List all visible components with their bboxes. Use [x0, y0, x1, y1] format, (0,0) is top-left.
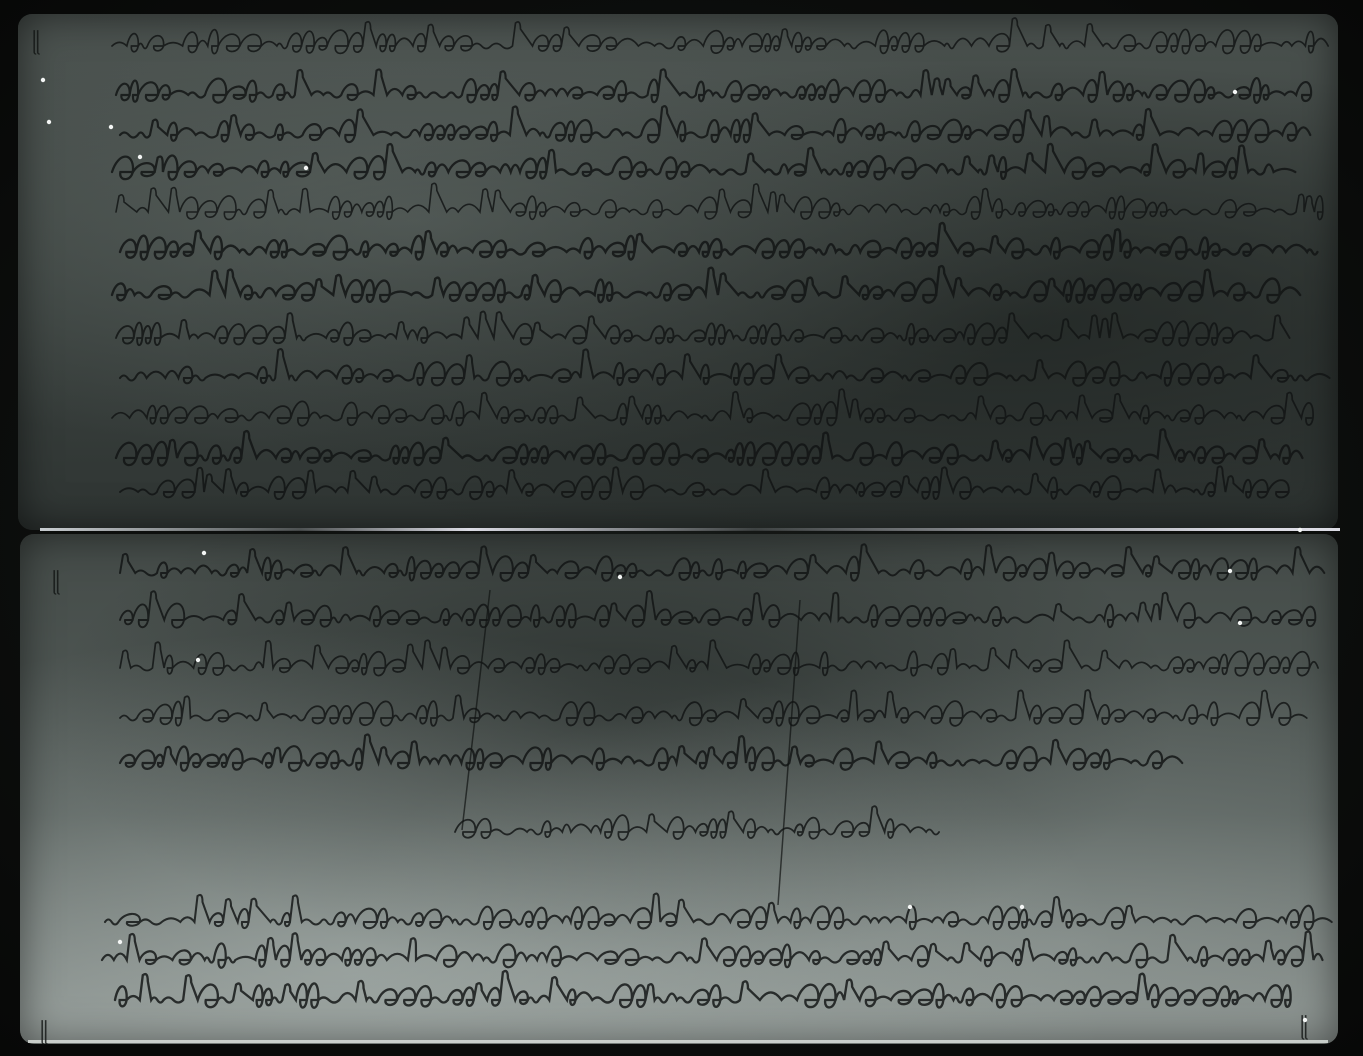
script-line-lower	[120, 690, 1307, 726]
script-line-lower	[120, 640, 1318, 676]
handwritten-script-layer: ꧋꧋꧋꧋	[0, 0, 1363, 1056]
dust-speck	[196, 658, 200, 662]
margin-mark: ꧋	[1300, 1009, 1308, 1040]
script-line-upper	[120, 466, 1289, 499]
script-line-upper	[112, 266, 1300, 303]
script-line-upper	[120, 106, 1310, 142]
footer-script-line	[102, 931, 1322, 967]
script-line-upper	[120, 349, 1330, 386]
script-line-upper	[116, 429, 1302, 465]
script-line-lower	[120, 544, 1324, 580]
script-line-upper	[116, 69, 1311, 103]
strike-through-stroke	[462, 590, 490, 830]
script-line-lower	[120, 591, 1315, 628]
footer-script-line	[105, 894, 1332, 930]
dust-speck	[47, 120, 51, 124]
script-line-upper	[120, 223, 1317, 260]
dust-speck	[1238, 621, 1242, 625]
dust-speck	[304, 166, 308, 170]
dust-speck	[202, 551, 206, 555]
footer-script-line	[115, 971, 1291, 1008]
script-line-upper	[116, 312, 1290, 346]
dust-speck	[118, 940, 122, 944]
signature-line	[455, 806, 939, 840]
dust-speck	[618, 575, 622, 579]
dust-speck	[908, 905, 912, 909]
script-line-upper	[116, 183, 1323, 219]
script-line-upper	[112, 389, 1313, 426]
margin-mark: ꧋	[40, 1014, 48, 1045]
script-line-upper	[112, 18, 1328, 54]
dust-speck	[109, 125, 113, 129]
margin-mark: ꧋	[32, 24, 40, 55]
dust-speck	[1298, 528, 1302, 532]
dust-speck	[41, 78, 45, 82]
dust-speck	[1303, 1018, 1307, 1022]
script-line-lower	[120, 735, 1182, 771]
dust-speck	[1233, 90, 1237, 94]
dust-speck	[1020, 905, 1024, 909]
dust-speck	[138, 155, 142, 159]
margin-mark: ꧋	[52, 564, 60, 595]
dust-speck	[1228, 569, 1232, 573]
script-line-upper	[112, 144, 1295, 180]
